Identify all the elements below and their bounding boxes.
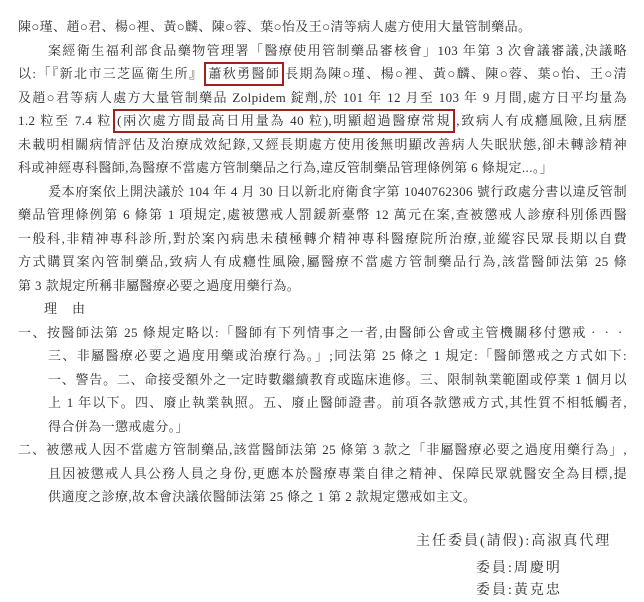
signature-member-2: 委員:黃克忠 xyxy=(476,582,562,600)
document-page: 陳○瑾、趙○君、楊○裡、黃○麟、陳○蓉、葉○怡及王○清等病人處方使用大量管制藥品… xyxy=(0,0,644,602)
paragraph2-line: 及趙○君等病人處方大量管制藥品 Zolpidem 錠劑,於 101 年 12 月… xyxy=(18,86,627,110)
paragraph2-line: 案經衛生福利部食品藥物管理署「醫療使用管制藥品審核會」103 年第 3 次會議審… xyxy=(18,39,627,63)
paragraph3-line: 第 3 款規定所稱非屬醫療必要之過度用藥行為。 xyxy=(18,274,627,298)
paragraph3-line: 方式購買案內管制藥品,致病人有成癮性風險,屬醫療不當處方管制藥品行為,該當醫師法… xyxy=(18,250,627,274)
reason-item2-line: 二、被懲戒人因不當處方管制藥品,該當醫師法第 25 條第 3 款之「非屬醫療必要… xyxy=(18,438,627,462)
reason-heading: 理 由 xyxy=(18,297,627,321)
paragraph2-line: 科或神經專科醫師,為醫療不當處方管制藥品之行為,違反管制藥品管理條例第 6 條規… xyxy=(18,156,627,180)
reason-item1-line: 上 1 年以下。四、廢止執業執照。五、廢止醫師證書。前項各款懲戒方式,其性質不相… xyxy=(18,391,627,415)
reason-item1-line: 一、按醫師法第 25 條規定略以:「醫師有下列情事之一者,由醫師公會或主管機關移… xyxy=(18,321,627,345)
line-text: 長期為陳○瑾、楊○裡、黃○麟、陳○蓉、葉○怡、王○清 xyxy=(285,66,627,81)
paragraph3-line: 藥品管理條例第 6 條第 1 項規定,處被懲戒人罰鍰新臺幣 12 萬元在案,查被… xyxy=(18,203,627,227)
paragraph2-line: 以:「『新北市三芝區衛生所』蕭秋勇醫師長期為陳○瑾、楊○裡、黃○麟、陳○蓉、葉○… xyxy=(18,62,627,86)
line-text: 1.2 粒至 7.4 粒 xyxy=(18,113,112,128)
highlight-box-dosage-finding: (兩次處方間最高日用量為 40 粒),明顯超過醫療常規 xyxy=(113,109,455,133)
highlight-box-doctor-name: 蕭秋勇醫師 xyxy=(204,62,284,86)
paragraph3-line: 一般科,非精神專科診所,對於案內病患未積極轉介精神專科醫療院所治療,並縱容民眾長… xyxy=(18,227,627,251)
reason-item1-line: 一、警告。二、命接受額外之一定時數繼續教育或臨床進修。三、限制執業範圍或停業 1… xyxy=(18,368,627,392)
signature-member-1: 委員:周慶明 xyxy=(476,560,562,578)
reason-item1-line: 三、非屬醫療必要之過度用藥或治療行為。」;同法第 25 條之 1 規定:「醫師懲… xyxy=(18,344,627,368)
paragraph2-line: 未載明相關病情評估及治療成效紀錄,又經長期處方使用後無明顯改善病人失眠狀態,卻未… xyxy=(18,133,627,157)
reason-item1-line: 得合併為一懲戒處分。」 xyxy=(18,415,627,439)
signature-chair: 主任委員(請假):高淑真代理 xyxy=(416,533,611,551)
paragraph3-line: 爰本府案依上開決議於 104 年 4 月 30 日以新北府衛食字第 104076… xyxy=(18,180,627,204)
paragraph2-line: 1.2 粒至 7.4 粒(兩次處方間最高日用量為 40 粒),明顯超過醫療常規,… xyxy=(18,109,627,133)
paragraph1-line: 陳○瑾、趙○君、楊○裡、黃○麟、陳○蓉、葉○怡及王○清等病人處方使用大量管制藥品… xyxy=(18,15,627,39)
line-text: 以:「『新北市三芝區衛生所』 xyxy=(18,66,203,81)
reason-item2-line: 且因被懲戒人具公務人員之身份,更應本於醫療專業自律之精神、保障民眾就醫安全為目標… xyxy=(18,462,627,486)
reason-item2-line: 供適度之診療,故本會決議依醫師法第 25 條之 1 第 2 款規定懲戒如主文。 xyxy=(18,485,627,509)
document-body: 陳○瑾、趙○君、楊○裡、黃○麟、陳○蓉、葉○怡及王○清等病人處方使用大量管制藥品… xyxy=(18,15,627,509)
line-text: ,致病人有成癮風險,且病歷 xyxy=(456,113,627,128)
